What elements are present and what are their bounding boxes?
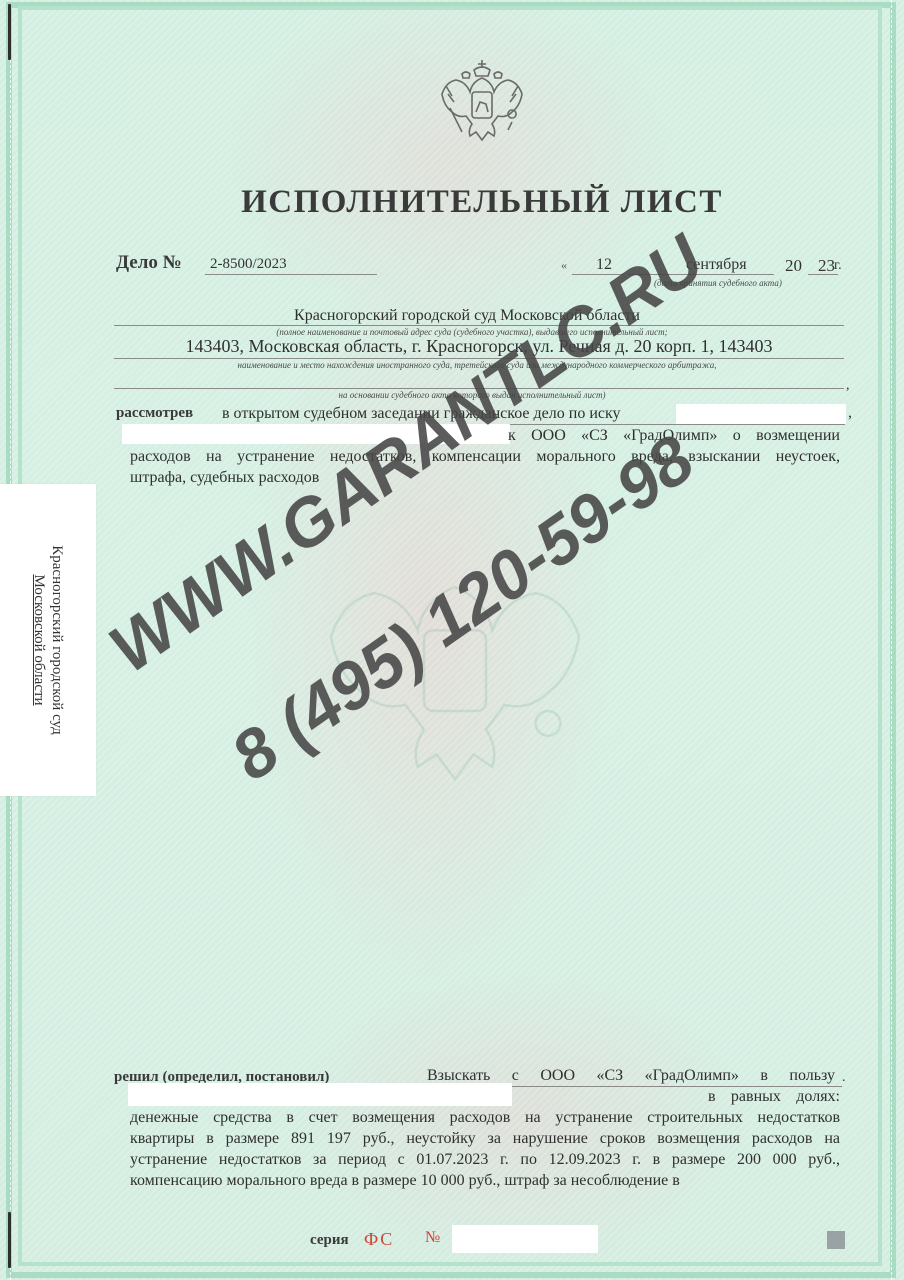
side-stamp-line-2: Московской области bbox=[30, 545, 48, 734]
decision-line-2: в равных долях: bbox=[708, 1086, 840, 1107]
decision-line-1-end: . bbox=[842, 1070, 846, 1086]
court-address-caption: наименование и место нахождения иностран… bbox=[0, 360, 904, 370]
case-number-underline bbox=[205, 274, 377, 275]
binder-mark-bottom bbox=[8, 1212, 11, 1268]
redacted-beneficiary-name bbox=[128, 1083, 512, 1106]
considered-line-4: штрафа, судебных расходов bbox=[130, 467, 319, 488]
date-year-abbrev: г. bbox=[834, 258, 842, 274]
decision-line-5: устранение недостатков за период с 01.07… bbox=[130, 1149, 840, 1170]
series-number-sign: № bbox=[425, 1229, 442, 1247]
series-code: ФС bbox=[364, 1229, 394, 1250]
redacted-series-number bbox=[452, 1225, 598, 1253]
considered-line-3: расходов на устранение недостатков, комп… bbox=[130, 446, 840, 467]
document-page: ИСПОЛНИТЕЛЬНЫЙ ЛИСТ Дело № 2-8500/2023 «… bbox=[0, 0, 904, 1280]
side-stamp-line-1: Красногорский городской суд bbox=[48, 545, 66, 734]
date-year-suffix: 23 bbox=[818, 256, 835, 276]
court-side-stamp: Красногорский городской суд Московской о… bbox=[0, 484, 96, 796]
russian-coat-of-arms-icon bbox=[432, 52, 532, 152]
court-address: 143403, Московская область, г. Красногор… bbox=[0, 336, 904, 357]
court-name-underline bbox=[114, 325, 844, 326]
court-name: Красногорский городской суд Московской о… bbox=[0, 305, 904, 326]
series-label: серия bbox=[310, 1232, 349, 1249]
considered-label: рассмотрев bbox=[116, 405, 193, 422]
court-side-stamp-text: Красногорский городской суд Московской о… bbox=[30, 545, 66, 734]
date-year-prefix: 20 bbox=[785, 256, 802, 276]
gray-marker-square bbox=[827, 1231, 845, 1249]
case-number-value: 2-8500/2023 bbox=[210, 256, 287, 273]
redacted-plaintiff-name-1 bbox=[676, 404, 846, 424]
decision-line-6: компенсацию морального вреда в размере 1… bbox=[130, 1170, 680, 1191]
decision-line-4: квартиры в размере 891 197 руб., неустой… bbox=[130, 1128, 840, 1149]
document-title: ИСПОЛНИТЕЛЬНЫЙ ЛИСТ bbox=[0, 184, 904, 221]
considered-line-1-end: , bbox=[848, 404, 852, 422]
date-open-quote: « bbox=[561, 258, 567, 273]
case-number-label: Дело № bbox=[116, 252, 182, 274]
binder-mark-top bbox=[8, 4, 11, 60]
decision-line-3: денежные средства в счет возмещения расх… bbox=[130, 1107, 840, 1128]
